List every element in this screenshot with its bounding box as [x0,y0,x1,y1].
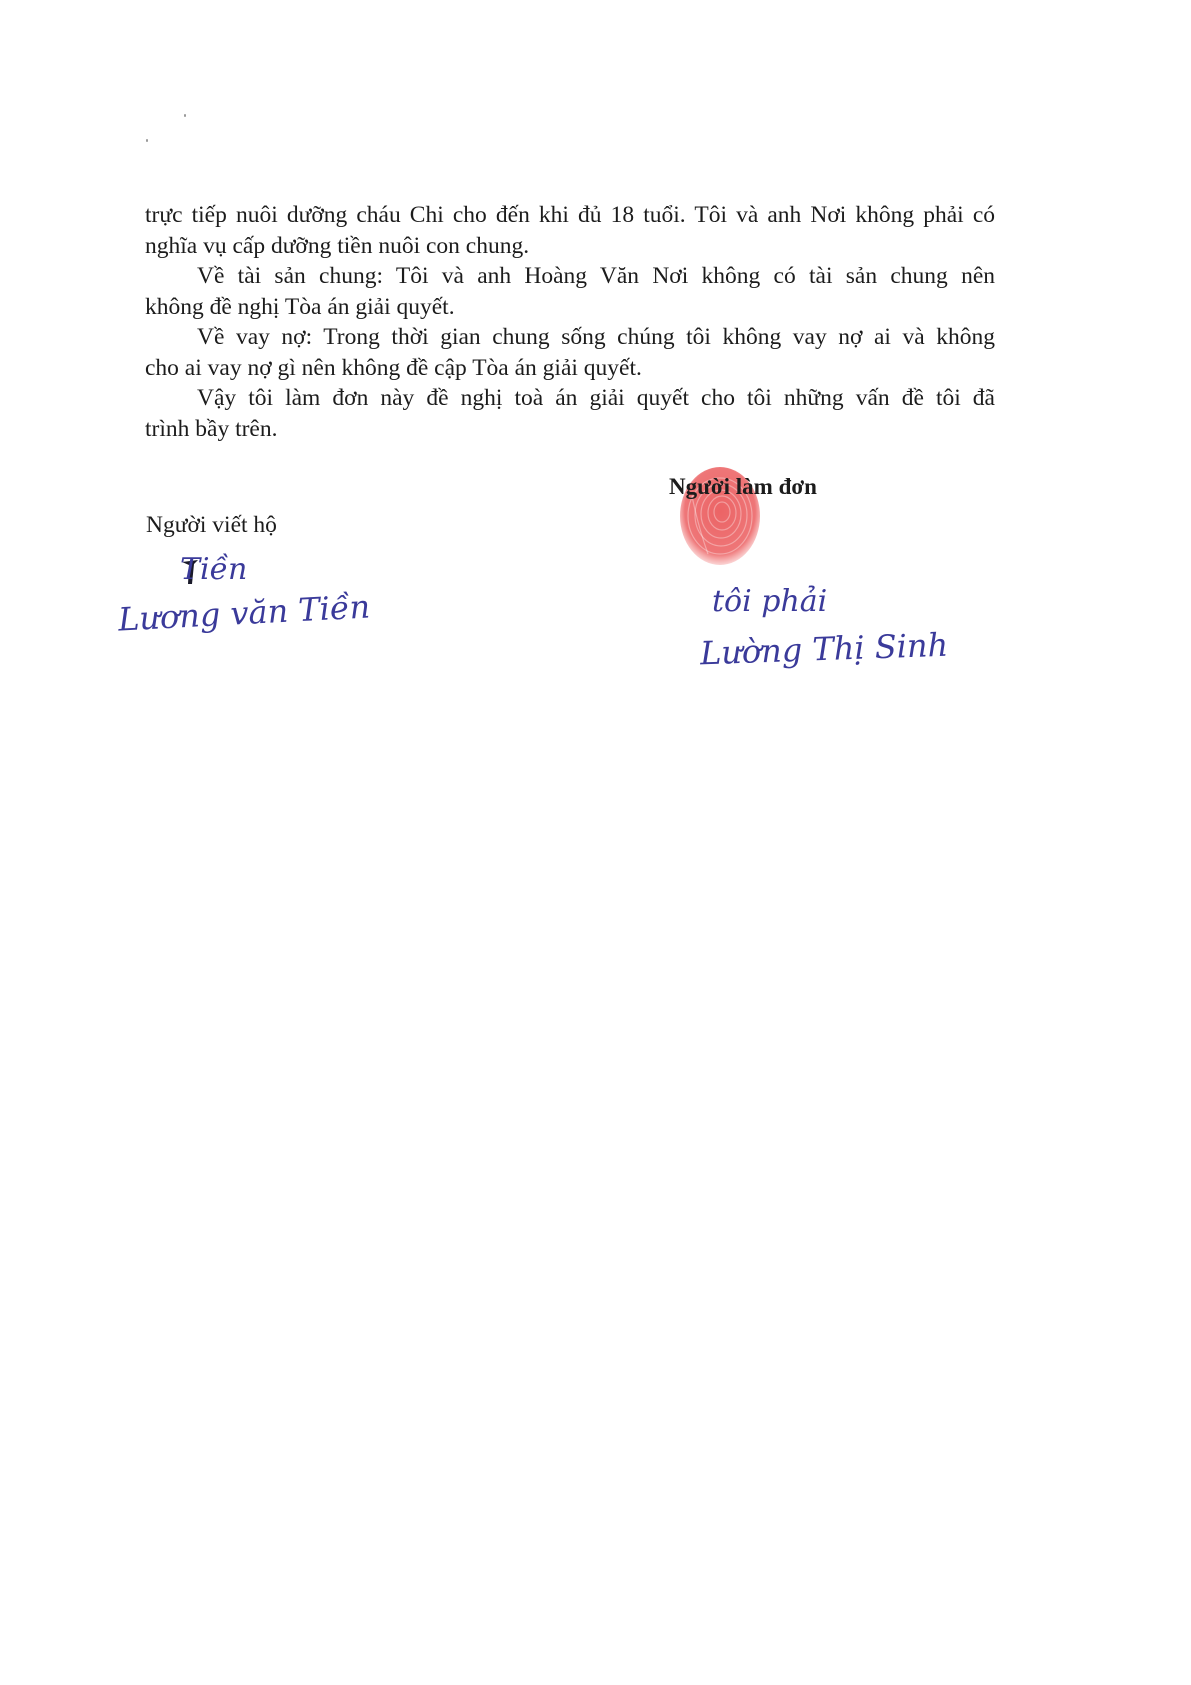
scan-speck [184,114,186,117]
body-line-request: Vậy tôi làm đơn này đề nghị toà án giải … [145,383,995,414]
applicant-handwritten-note: tôi phải [712,584,827,619]
scribe-handwritten-name: Lương văn Tiền [117,587,371,638]
body-line: trình bầy trên. [145,414,995,445]
body-line-debt: Về vay nợ: Trong thời gian chung sống ch… [145,322,995,353]
body-line: nghĩa vụ cấp dưỡng tiền nuôi con chung. [145,231,995,262]
scribe-label: Người viết hộ [146,512,277,539]
applicant-label: Người làm đơn [669,474,817,500]
scan-speck [146,139,148,142]
body-line: cho ai vay nợ gì nên không đề cập Tòa án… [145,353,995,384]
applicant-handwritten-name: Lường Thị Sinh [699,626,948,673]
scribe-signature: Tiền [180,552,247,587]
body-line: trực tiếp nuôi dưỡng cháu Chi cho đến kh… [145,200,995,231]
body-line: không đề nghị Tòa án giải quyết. [145,292,995,323]
body-line-property: Về tài sản chung: Tôi và anh Hoàng Văn N… [145,261,995,292]
document-page: trực tiếp nuôi dưỡng cháu Chi cho đến kh… [0,0,1191,1685]
letter-body: trực tiếp nuôi dưỡng cháu Chi cho đến kh… [145,200,995,444]
